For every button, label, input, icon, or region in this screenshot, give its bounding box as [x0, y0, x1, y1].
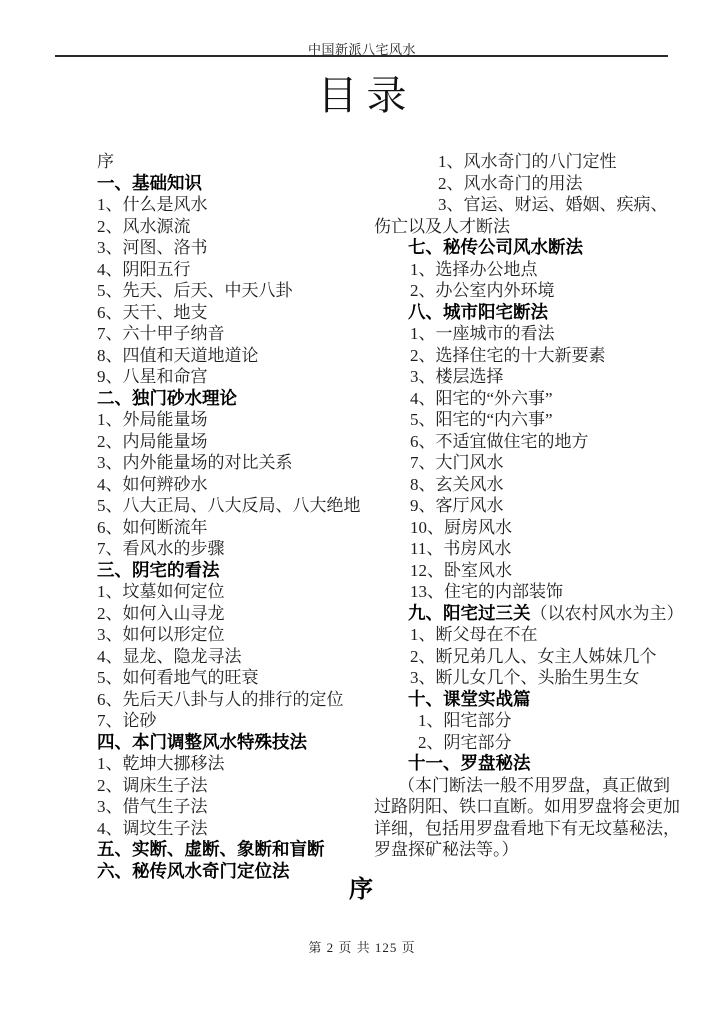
toc-entry-text: 7、论砂 [97, 711, 157, 730]
toc-entry-text: 2、选择住宅的十大新要素 [410, 346, 606, 365]
toc-entry-text: 2、风水奇门的用法 [438, 174, 583, 193]
toc-entry-text: 序 [97, 152, 114, 171]
toc-entry-text: 3、如何以形定位 [97, 625, 225, 644]
toc-entry-text: 八、城市阳宅断法 [408, 302, 548, 322]
toc-entry: 2、如何入山寻龙 [97, 603, 372, 625]
toc-entry-text: 12、卧室风水 [410, 561, 512, 580]
toc-entry-text: 十一、罗盘秘法 [408, 753, 531, 773]
toc-entry-text: 5、阳宅的“内六事” [410, 410, 553, 429]
toc-entry: 3、楼层选择 [372, 366, 690, 388]
toc-entry: 5、如何看地气的旺衰 [97, 667, 372, 689]
toc-entry-text: 1、一座城市的看法 [410, 324, 555, 343]
toc-entry-text: 罗盘探矿秘法等。） [374, 840, 519, 859]
toc-entry: 4、阳宅的“外六事” [372, 388, 690, 410]
toc-chapter-heading: 八、城市阳宅断法 [372, 302, 690, 324]
toc-entry: 6、天干、地支 [97, 302, 372, 324]
toc-entry: 1、乾坤大挪移法 [97, 753, 372, 775]
toc-entry: 1、外局能量场 [97, 409, 372, 431]
toc-entry: 13、住宅的内部装饰 [372, 581, 690, 603]
toc-entry: 5、阳宅的“内六事” [372, 409, 690, 431]
toc-entry: 5、先天、后天、中天八卦 [97, 280, 372, 302]
toc-chapter-heading: 二、独门砂水理论 [97, 388, 372, 410]
toc-entry-text: 9、八星和命宫 [97, 367, 208, 386]
toc-entry-text: 七、秘传公司风水断法 [408, 237, 583, 257]
toc-chapter-heading: 七、秘传公司风水断法 [372, 237, 690, 259]
toc-entry: 8、玄关风水 [372, 474, 690, 496]
toc-entry: 3、河图、洛书 [97, 237, 372, 259]
toc-entry: 2、风水奇门的用法 [372, 173, 690, 195]
toc-entry: 罗盘探矿秘法等。） [372, 839, 690, 861]
toc-entry: 4、如何辨砂水 [97, 474, 372, 496]
toc-entry: 2、内局能量场 [97, 431, 372, 453]
toc-entry-text: 1、风水奇门的八门定性 [438, 152, 617, 171]
toc-entry: 3、如何以形定位 [97, 624, 372, 646]
toc-entry-text: 1、什么是风水 [97, 195, 208, 214]
toc-entry: 2、风水源流 [97, 216, 372, 238]
page-title: 目录 [0, 74, 724, 118]
toc-entry-text: 3、楼层选择 [410, 367, 504, 386]
toc-entry-text: 五、实断、虚断、象断和盲断 [97, 839, 325, 859]
toc-entry: 过路阴阳、铁口直断。如用罗盘将会更加 [372, 796, 690, 818]
toc-entry: 7、看风水的步骤 [97, 538, 372, 560]
toc-entry: 6、如何断流年 [97, 517, 372, 539]
toc-entry-text: 9、客厅风水 [410, 496, 504, 515]
toc-entry-text: 5、如何看地气的旺衰 [97, 668, 259, 687]
toc-entry: 1、风水奇门的八门定性 [372, 151, 690, 173]
toc-entry-text: 7、看风水的步骤 [97, 539, 225, 558]
toc-entry-text: 6、天干、地支 [97, 303, 208, 322]
toc-entry: 6、先后天八卦与人的排行的定位 [97, 689, 372, 711]
toc-entry: 2、调床生子法 [97, 775, 372, 797]
toc-entry-text: 6、先后天八卦与人的排行的定位 [97, 690, 344, 709]
toc-entry-text: 十、课堂实战篇 [408, 689, 531, 709]
toc-entry: 1、阳宅部分 [372, 710, 690, 732]
toc-entry: 7、六十甲子纳音 [97, 323, 372, 345]
toc-entry: 1、坟墓如何定位 [97, 581, 372, 603]
toc-entry: 序 [97, 151, 372, 173]
header-rule-divider [55, 55, 668, 57]
toc-entry: 4、调坟生子法 [97, 818, 372, 840]
toc-entry-text: 2、如何入山寻龙 [97, 604, 225, 623]
toc-entry-text: 三、阴宅的看法 [97, 560, 220, 580]
toc-entry-text: 6、如何断流年 [97, 518, 208, 537]
preface-section-heading: 序 [0, 876, 724, 905]
toc-entry-text: 1、断父母在不在 [410, 625, 538, 644]
document-page: 中国新派八宅风水 目录 序一、基础知识1、什么是风水2、风水源流3、河图、洛书4… [0, 0, 724, 1024]
toc-entry-text: 5、先天、后天、中天八卦 [97, 281, 293, 300]
toc-entry: （本门断法一般不用罗盘，真正做到 [372, 775, 690, 797]
toc-entry-text: 10、厨房风水 [410, 518, 512, 537]
toc-entry-text: 7、六十甲子纳音 [97, 324, 225, 343]
toc-entry-text: 3、官运、财运、婚姻、疾病、 [438, 195, 668, 214]
toc-entry: 4、显龙、隐龙寻法 [97, 646, 372, 668]
toc-entry: 3、内外能量场的对比关系 [97, 452, 372, 474]
toc-chapter-heading: 十、课堂实战篇 [372, 689, 690, 711]
toc-entry-text: 2、风水源流 [97, 217, 191, 236]
toc-entry: 9、客厅风水 [372, 495, 690, 517]
toc-entry-text: 1、选择办公地点 [410, 260, 538, 279]
toc-entry-text: 过路阴阳、铁口直断。如用罗盘将会更加 [374, 797, 680, 816]
toc-chapter-heading: 五、实断、虚断、象断和盲断 [97, 839, 372, 861]
toc-entry-text: （本门断法一般不用罗盘，真正做到 [398, 776, 670, 795]
toc-entry-text: 2、办公室内外环境 [410, 281, 555, 300]
toc-entry: 1、一座城市的看法 [372, 323, 690, 345]
toc-chapter-heading: 四、本门调整风水特殊技法 [97, 732, 372, 754]
toc-entry-text: 2、调床生子法 [97, 776, 208, 795]
toc-entry: 10、厨房风水 [372, 517, 690, 539]
toc-entry-text: 1、乾坤大挪移法 [97, 754, 225, 773]
toc-entry-text: 3、借气生子法 [97, 797, 208, 816]
toc-entry-text: 1、坟墓如何定位 [97, 582, 225, 601]
toc-entry: 2、阴宅部分 [372, 732, 690, 754]
toc-entry: 5、八大正局、八大反局、八大绝地 [97, 495, 372, 517]
toc-entry-text: 3、河图、洛书 [97, 238, 208, 257]
toc-entry: 8、四值和天道地道论 [97, 345, 372, 367]
toc-left-column: 序一、基础知识1、什么是风水2、风水源流3、河图、洛书4、阴阳五行5、先天、后天… [97, 151, 372, 882]
toc-entry-text: 1、外局能量场 [97, 410, 208, 429]
toc-entry-text: 8、玄关风水 [410, 475, 504, 494]
toc-entry: 1、选择办公地点 [372, 259, 690, 281]
toc-entry-suffix: （以农村风水为主） [531, 604, 684, 623]
toc-entry-text: 4、调坟生子法 [97, 819, 208, 838]
toc-entry: 详细，包括用罗盘看地下有无坟墓秘法， [372, 818, 690, 840]
toc-entry-text: 6、不适宜做住宅的地方 [410, 432, 589, 451]
toc-entry-text: 8、四值和天道地道论 [97, 346, 259, 365]
toc-chapter-heading: 一、基础知识 [97, 173, 372, 195]
toc-entry-text: 4、如何辨砂水 [97, 475, 208, 494]
toc-entry: 6、不适宜做住宅的地方 [372, 431, 690, 453]
toc-entry: 2、办公室内外环境 [372, 280, 690, 302]
toc-entry: 12、卧室风水 [372, 560, 690, 582]
toc-entry-text: 3、内外能量场的对比关系 [97, 453, 293, 472]
toc-entry-text: 4、阴阳五行 [97, 260, 191, 279]
toc-entry: 1、断父母在不在 [372, 624, 690, 646]
toc-entry-text: 13、住宅的内部装饰 [410, 582, 563, 601]
toc-entry: 9、八星和命宫 [97, 366, 372, 388]
toc-entry-text: 2、断兄弟几人、女主人姊妹几个 [410, 647, 657, 666]
toc-entry: 4、阴阳五行 [97, 259, 372, 281]
toc-entry-text: 2、内局能量场 [97, 432, 208, 451]
toc-entry: 7、大门风水 [372, 452, 690, 474]
toc-entry: 3、断儿女几个、头胎生男生女 [372, 667, 690, 689]
toc-chapter-heading: 十一、罗盘秘法 [372, 753, 690, 775]
toc-entry-text: 九、阳宅过三关 [408, 603, 531, 623]
toc-entry-text: 3、断儿女几个、头胎生男生女 [410, 668, 640, 687]
toc-entry-text: 4、显龙、隐龙寻法 [97, 647, 242, 666]
toc-chapter-heading: 三、阴宅的看法 [97, 560, 372, 582]
toc-entry-text: 一、基础知识 [97, 173, 202, 193]
toc-entry-text: 详细，包括用罗盘看地下有无坟墓秘法， [374, 819, 680, 838]
toc-entry-text: 4、阳宅的“外六事” [410, 389, 553, 408]
toc-entry-text: 2、阴宅部分 [418, 733, 512, 752]
toc-entry-text: 四、本门调整风水特殊技法 [97, 732, 307, 752]
toc-entry-text: 5、八大正局、八大反局、八大绝地 [97, 496, 361, 515]
toc-entry-text: 伤亡以及人才断法 [374, 217, 510, 236]
toc-entry: 2、断兄弟几人、女主人姊妹几个 [372, 646, 690, 668]
toc-entry-text: 1、阳宅部分 [418, 711, 512, 730]
toc-entry: 11、书房风水 [372, 538, 690, 560]
toc-entry-text: 11、书房风水 [410, 539, 511, 558]
toc-entry: 1、什么是风水 [97, 194, 372, 216]
toc-entry-text: 7、大门风水 [410, 453, 504, 472]
toc-entry: 2、选择住宅的十大新要素 [372, 345, 690, 367]
toc-entry: 伤亡以及人才断法 [372, 216, 690, 238]
toc-chapter-heading: 九、阳宅过三关（以农村风水为主） [372, 603, 690, 625]
toc-entry: 7、论砂 [97, 710, 372, 732]
toc-entry: 3、借气生子法 [97, 796, 372, 818]
toc-right-column: 1、风水奇门的八门定性2、风水奇门的用法3、官运、财运、婚姻、疾病、伤亡以及人才… [372, 151, 690, 861]
toc-entry: 3、官运、财运、婚姻、疾病、 [372, 194, 690, 216]
toc-entry-text: 二、独门砂水理论 [97, 388, 237, 408]
page-number-footer: 第 2 页 共 125 页 [0, 937, 724, 956]
